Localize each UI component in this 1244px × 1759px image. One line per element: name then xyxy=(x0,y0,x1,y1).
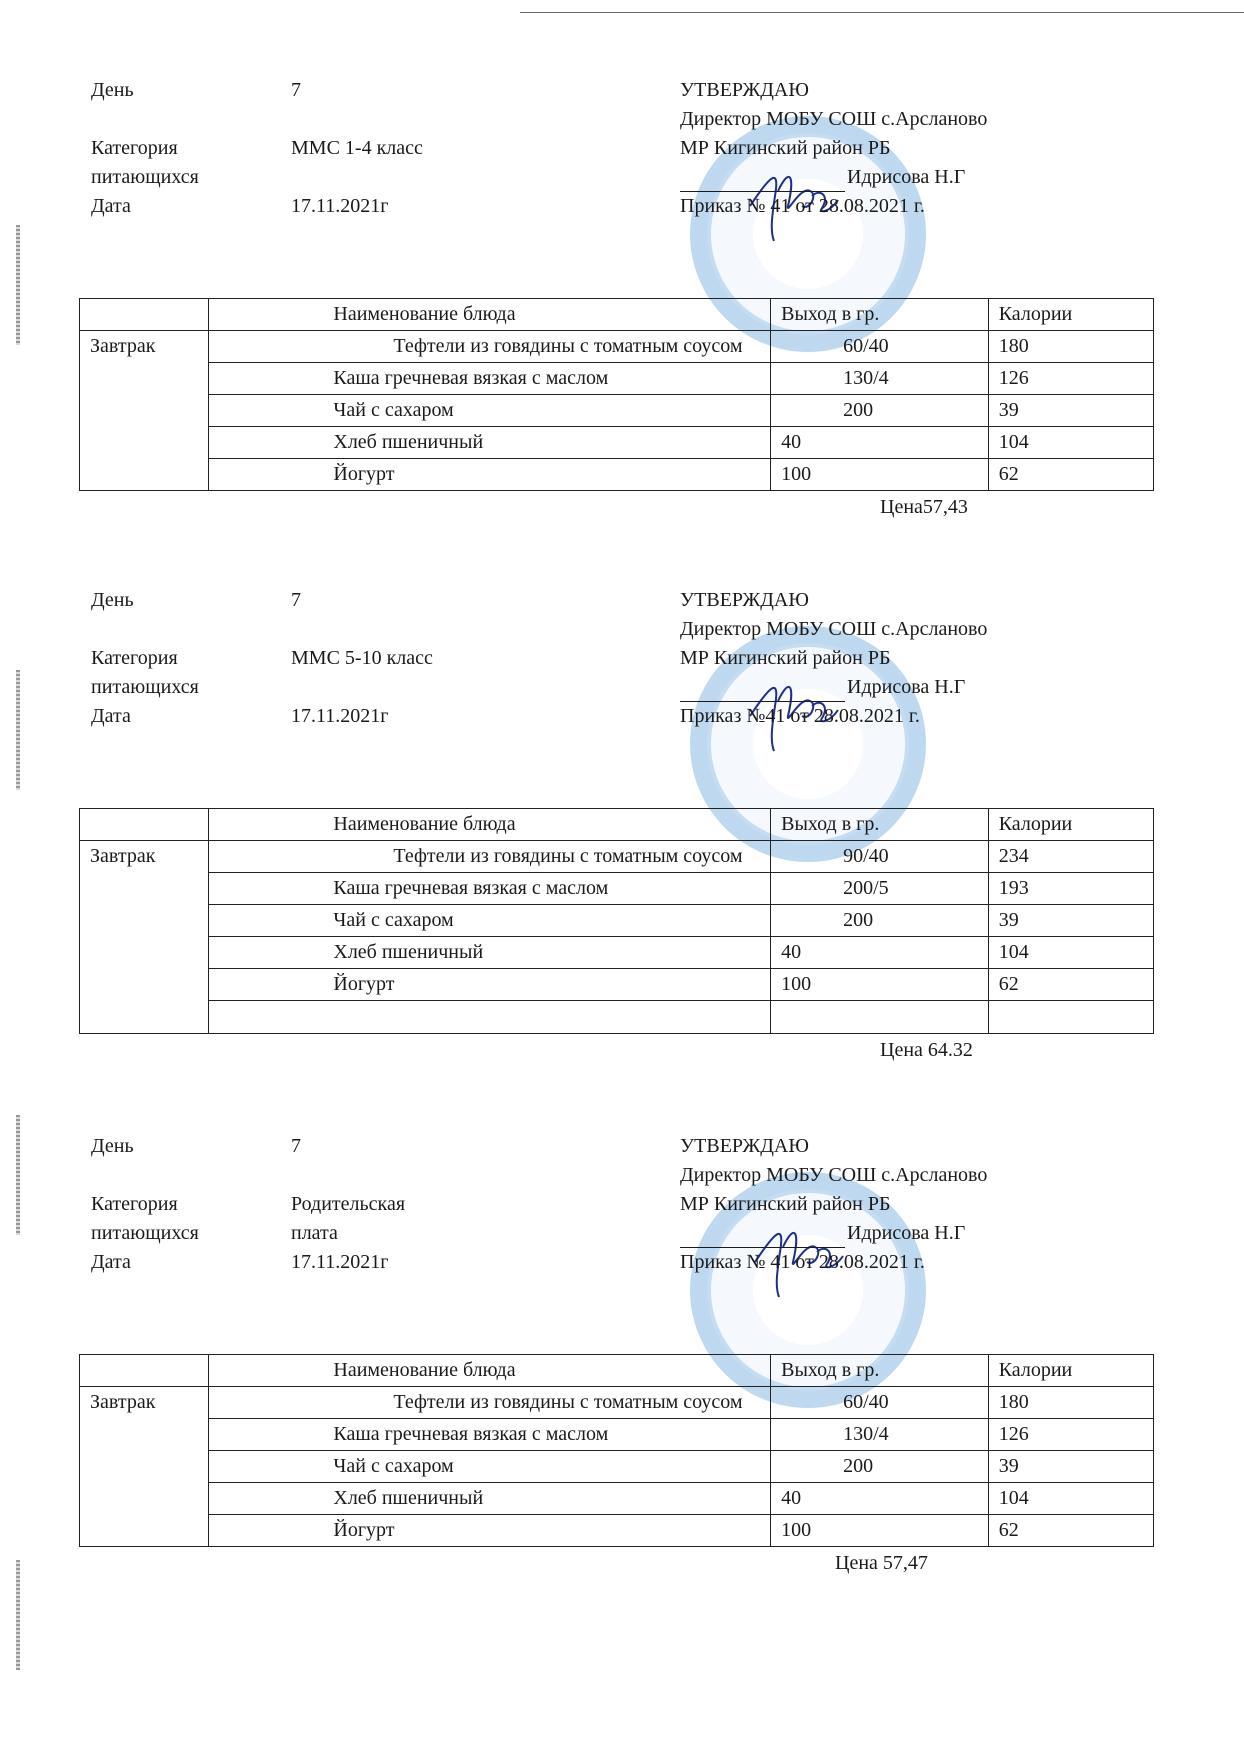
table-row: ЗавтракТефтели из говядины с томатным со… xyxy=(80,841,1154,873)
category-label-line1: Категория xyxy=(91,134,261,163)
dish-output: 200 xyxy=(771,905,989,937)
dish-name: Йогурт xyxy=(209,459,771,491)
dish-calories: 39 xyxy=(988,395,1153,427)
menu-table-body: Наименование блюдаВыход в гр.КалорииЗавт… xyxy=(80,299,1154,491)
table-row xyxy=(80,1001,1154,1034)
table-row: Чай с сахаром20039 xyxy=(80,395,1154,427)
dish-name: Чай с сахаром xyxy=(209,1451,771,1483)
scan-top-edge-line xyxy=(520,12,1244,13)
category-label-line2: питающихся xyxy=(91,1219,261,1248)
table-header-row: Наименование блюдаВыход в гр.Калории xyxy=(80,809,1154,841)
dish-name: Чай с сахаром xyxy=(209,395,771,427)
dish-calories: 193 xyxy=(988,873,1153,905)
dish-calories xyxy=(988,1001,1153,1034)
dish-output: 100 xyxy=(771,459,989,491)
menu-table: Наименование блюдаВыход в гр.КалорииЗавт… xyxy=(79,298,1154,491)
approval-title: УТВЕРЖДАЮ xyxy=(680,76,987,105)
dish-output: 200 xyxy=(771,1451,989,1483)
dish-name: Хлеб пшеничный xyxy=(209,937,771,969)
day-value: 7 xyxy=(291,1132,491,1161)
category-label-line2: питающихся xyxy=(91,163,261,192)
dish-output: 130/4 xyxy=(771,363,989,395)
approval-block: УТВЕРЖДАЮ Директор МОБУ СОШ с.Арсланово … xyxy=(680,586,987,731)
approval-order: Приказ №41 от 28.08.2021 г. xyxy=(680,702,987,731)
table-row: Йогурт10062 xyxy=(80,969,1154,1001)
dish-calories: 234 xyxy=(988,841,1153,873)
column-header: Калории xyxy=(988,809,1153,841)
dish-name: Тефтели из говядины с томатным соусом xyxy=(209,1387,771,1419)
signature-underline xyxy=(680,1225,845,1248)
dish-output: 40 xyxy=(771,1483,989,1515)
approval-signer: Идрисова Н.Г xyxy=(847,166,965,188)
price-label: Цена 57,47 xyxy=(835,1549,928,1577)
dish-name: Йогурт xyxy=(209,1515,771,1547)
dish-name: Каша гречневая вязкая с маслом xyxy=(209,363,771,395)
table-header-row: Наименование блюдаВыход в гр.Калории xyxy=(80,299,1154,331)
meal-name: Завтрак xyxy=(80,331,209,491)
dish-name: Каша гречневая вязкая с маслом xyxy=(209,1419,771,1451)
meal-name: Завтрак xyxy=(80,1387,209,1547)
approval-district: МР Кигинский район РБ xyxy=(680,644,987,673)
approval-block: УТВЕРЖДАЮ Директор МОБУ СОШ с.Арсланово … xyxy=(680,76,987,221)
dish-calories: 180 xyxy=(988,331,1153,363)
date-value: 17.11.2021г xyxy=(291,1248,491,1277)
scan-binding-mark xyxy=(16,1560,20,1670)
approval-order: Приказ № 41 от 28.08.2021 г. xyxy=(680,1248,987,1277)
category-label-line1: Категория xyxy=(91,644,261,673)
dish-output: 200 xyxy=(771,395,989,427)
approval-district: МР Кигинский район РБ xyxy=(680,1190,987,1219)
dish-calories: 104 xyxy=(988,427,1153,459)
dish-output: 130/4 xyxy=(771,1419,989,1451)
approval-title: УТВЕРЖДАЮ xyxy=(680,586,987,615)
table-header-row: Наименование блюдаВыход в гр.Калории xyxy=(80,1355,1154,1387)
dish-calories: 62 xyxy=(988,459,1153,491)
table-row: ЗавтракТефтели из говядины с томатным со… xyxy=(80,1387,1154,1419)
dish-output: 100 xyxy=(771,969,989,1001)
dish-output: 90/40 xyxy=(771,841,989,873)
column-header xyxy=(80,809,209,841)
dish-calories: 104 xyxy=(988,1483,1153,1515)
date-label: Дата xyxy=(91,192,261,221)
date-label: Дата xyxy=(91,1248,261,1277)
day-value: 7 xyxy=(291,586,491,615)
date-value: 17.11.2021г xyxy=(291,192,491,221)
dish-calories: 180 xyxy=(988,1387,1153,1419)
approval-block: УТВЕРЖДАЮ Директор МОБУ СОШ с.Арсланово … xyxy=(680,1132,987,1277)
table-row: Хлеб пшеничный40104 xyxy=(80,937,1154,969)
column-header: Выход в гр. xyxy=(771,299,989,331)
approval-position: Директор МОБУ СОШ с.Арсланово xyxy=(680,105,987,134)
table-row: Каша гречневая вязкая с маслом130/4126 xyxy=(80,1419,1154,1451)
dish-name: Каша гречневая вязкая с маслом xyxy=(209,873,771,905)
table-row: ЗавтракТефтели из говядины с томатным со… xyxy=(80,331,1154,363)
dish-output: 60/40 xyxy=(771,1387,989,1419)
category-value-line1: ММС 5-10 класс xyxy=(291,644,491,673)
column-header: Выход в гр. xyxy=(771,1355,989,1387)
column-header: Наименование блюда xyxy=(209,809,771,841)
approval-signer: Идрисова Н.Г xyxy=(847,1222,965,1244)
dish-calories: 39 xyxy=(988,905,1153,937)
table-row: Каша гречневая вязкая с маслом200/5193 xyxy=(80,873,1154,905)
menu-table: Наименование блюдаВыход в гр.КалорииЗавт… xyxy=(79,1354,1154,1547)
dish-name: Хлеб пшеничный xyxy=(209,1483,771,1515)
dish-calories: 62 xyxy=(988,969,1153,1001)
column-header: Наименование блюда xyxy=(209,1355,771,1387)
date-value: 17.11.2021г xyxy=(291,702,491,731)
dish-output xyxy=(771,1001,989,1034)
approval-title: УТВЕРЖДАЮ xyxy=(680,1132,987,1161)
dish-name: Хлеб пшеничный xyxy=(209,427,771,459)
column-header xyxy=(80,299,209,331)
day-label: День xyxy=(91,586,261,615)
approval-signature-line: Идрисова Н.Г xyxy=(680,163,987,192)
table-row: Йогурт10062 xyxy=(80,1515,1154,1547)
menu-table: Наименование блюдаВыход в гр.КалорииЗавт… xyxy=(79,808,1154,1034)
approval-district: МР Кигинский район РБ xyxy=(680,134,987,163)
meal-name: Завтрак xyxy=(80,841,209,1034)
approval-signature-line: Идрисова Н.Г xyxy=(680,1219,987,1248)
date-label: Дата xyxy=(91,702,261,731)
category-value-line1: ММС 1-4 класс xyxy=(291,134,491,163)
table-row: Чай с сахаром20039 xyxy=(80,905,1154,937)
dish-output: 100 xyxy=(771,1515,989,1547)
scan-binding-mark xyxy=(16,1115,20,1235)
dish-name: Йогурт xyxy=(209,969,771,1001)
day-label: День xyxy=(91,1132,261,1161)
approval-position: Директор МОБУ СОШ с.Арсланово xyxy=(680,615,987,644)
dish-output: 200/5 xyxy=(771,873,989,905)
menu-table-body: Наименование блюдаВыход в гр.КалорииЗавт… xyxy=(80,1355,1154,1547)
dish-calories: 62 xyxy=(988,1515,1153,1547)
dish-output: 40 xyxy=(771,937,989,969)
table-row: Хлеб пшеничный40104 xyxy=(80,427,1154,459)
category-value-line2: плата xyxy=(291,1219,491,1248)
price-label: Цена 64.32 xyxy=(880,1036,973,1064)
signature-underline xyxy=(680,169,845,192)
approval-position: Директор МОБУ СОШ с.Арсланово xyxy=(680,1161,987,1190)
dish-name: Чай с сахаром xyxy=(209,905,771,937)
dish-output: 60/40 xyxy=(771,331,989,363)
dish-calories: 126 xyxy=(988,363,1153,395)
table-row: Каша гречневая вязкая с маслом130/4126 xyxy=(80,363,1154,395)
dish-calories: 39 xyxy=(988,1451,1153,1483)
dish-calories: 126 xyxy=(988,1419,1153,1451)
dish-calories: 104 xyxy=(988,937,1153,969)
menu-table-body: Наименование блюдаВыход в гр.КалорииЗавт… xyxy=(80,809,1154,1034)
column-header xyxy=(80,1355,209,1387)
column-header: Наименование блюда xyxy=(209,299,771,331)
approval-signer: Идрисова Н.Г xyxy=(847,676,965,698)
approval-order: Приказ № 41 от 28.08.2021 г. xyxy=(680,192,987,221)
scan-binding-mark xyxy=(16,670,20,790)
dish-name: Тефтели из говядины с томатным соусом xyxy=(209,331,771,363)
approval-signature-line: Идрисова Н.Г xyxy=(680,673,987,702)
dish-output: 40 xyxy=(771,427,989,459)
column-header: Калории xyxy=(988,299,1153,331)
table-row: Чай с сахаром20039 xyxy=(80,1451,1154,1483)
category-label-line2: питающихся xyxy=(91,673,261,702)
signature-underline xyxy=(680,679,845,702)
dish-name: Тефтели из говядины с томатным соусом xyxy=(209,841,771,873)
column-header: Калории xyxy=(988,1355,1153,1387)
dish-name xyxy=(209,1001,771,1034)
column-header: Выход в гр. xyxy=(771,809,989,841)
price-label: Цена57,43 xyxy=(880,493,968,521)
category-value-line1: Родительская xyxy=(291,1190,491,1219)
category-label-line1: Категория xyxy=(91,1190,261,1219)
day-value: 7 xyxy=(291,76,491,105)
table-row: Хлеб пшеничный40104 xyxy=(80,1483,1154,1515)
table-row: Йогурт10062 xyxy=(80,459,1154,491)
day-label: День xyxy=(91,76,261,105)
scan-binding-mark xyxy=(16,225,20,345)
